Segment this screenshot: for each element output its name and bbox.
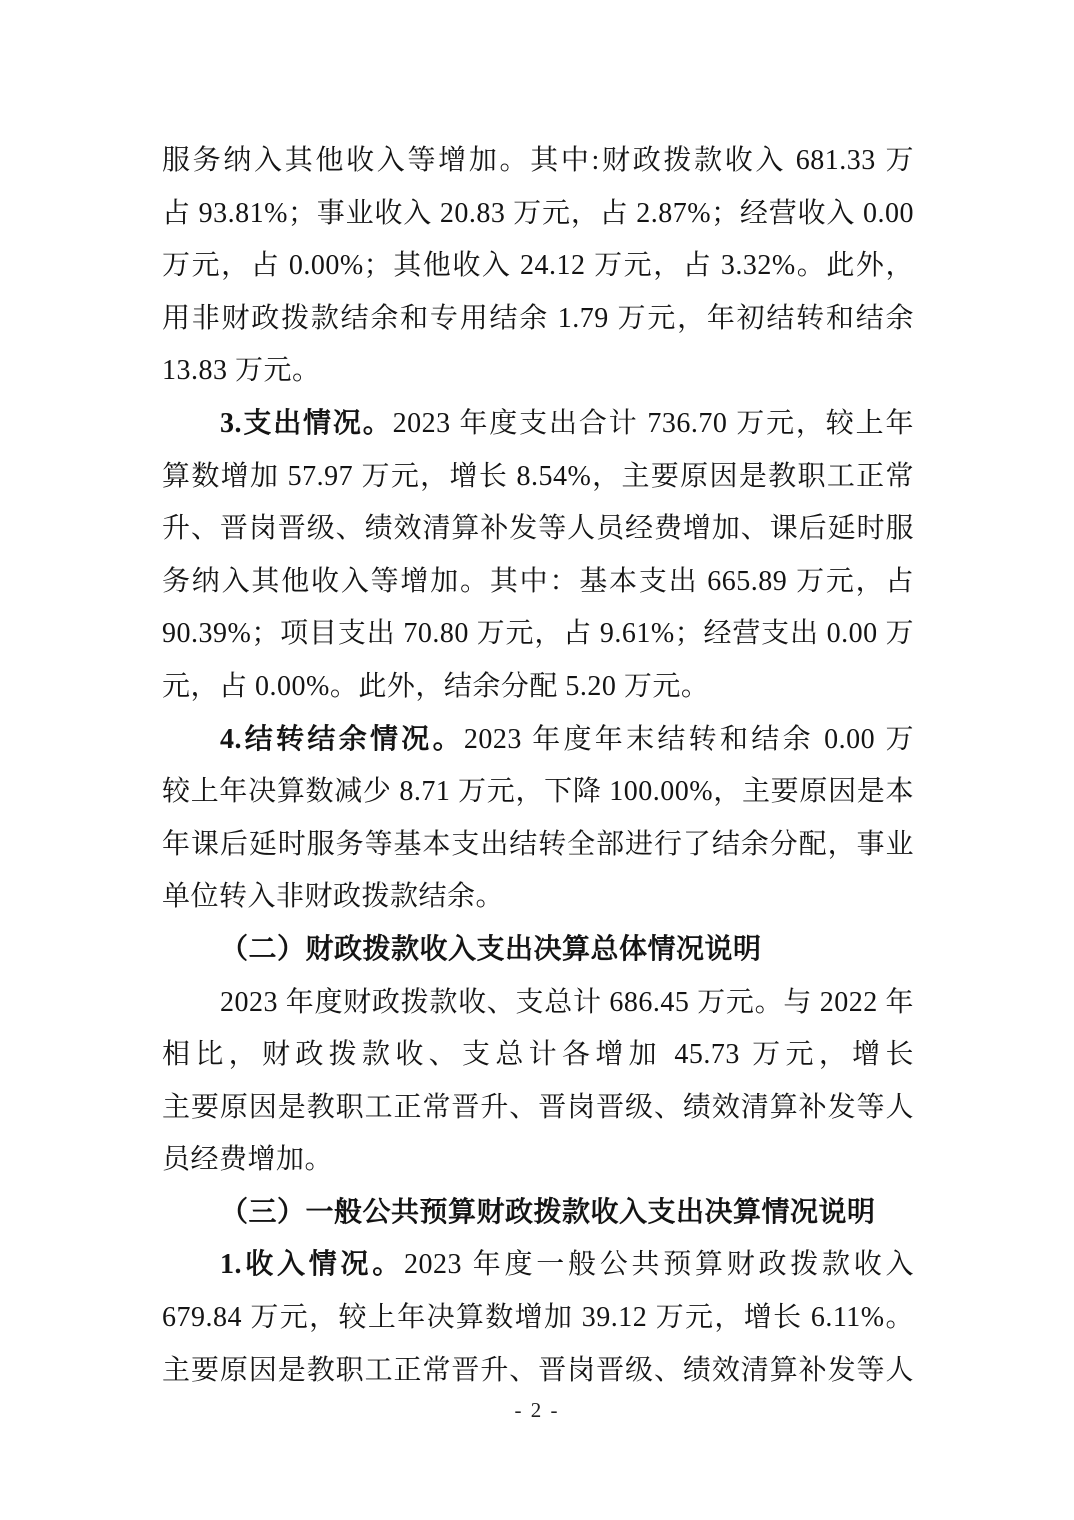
text-line: 2023 年度财政拨款收、支总计 686.45 万元。与 2022 年	[162, 977, 914, 1030]
text-run: 679.84 万元，较上年决算数增加 39.12 万元，增长 6.11%。	[162, 1302, 914, 1333]
text-run: 单位转入非财政拨款结余。	[162, 881, 504, 912]
text-line: 13.83 万元。	[162, 345, 914, 398]
bold-text-run: （二）财政拨款收入支出决算总体情况说明	[220, 934, 762, 965]
text-run: 占 93.81%；事业收入 20.83 万元，占 2.87%；经营收入 0.00	[162, 198, 914, 229]
document-body: 服务纳入其他收入等增加。其中:财政拨款收入 681.33 万元，占 93.81%…	[162, 135, 914, 1397]
text-run: 用非财政拨款结余和专用结余 1.79 万元，年初结转和结余	[162, 303, 914, 334]
text-line: 主要原因是教职工正常晋升、晋岗晋级、绩效清算补发等人	[162, 1345, 914, 1398]
text-line: （三）一般公共预算财政拨款收入支出决算情况说明	[162, 1187, 914, 1240]
text-line: 主要原因是教职工正常晋升、晋岗晋级、绩效清算补发等人	[162, 1082, 914, 1135]
text-line: 算数增加 57.97 万元，增长 8.54%，主要原因是教职工正常晋	[162, 451, 914, 504]
text-line: 90.39%；项目支出 70.80 万元，占 9.61%；经营支出 0.00 万	[162, 608, 914, 661]
text-run: 万元，占 0.00%；其他收入 24.12 万元，占 3.32%。此外，使	[162, 250, 914, 293]
text-run: 年课后延时服务等基本支出结转全部进行了结余分配，事业	[162, 829, 914, 860]
text-line: 元，占 0.00%。此外，结余分配 5.20 万元。	[162, 661, 914, 714]
text-run: 较上年决算数减少 8.71 万元，下降 100.00%，主要原因是本	[162, 776, 914, 807]
bold-text-run: 1.收入情况。	[220, 1249, 404, 1280]
text-run: 员经费增加。	[162, 1144, 333, 1175]
text-run: 2023 年度财政拨款收、支总计 686.45 万元。与 2022 年	[220, 987, 914, 1018]
text-line: 较上年决算数减少 8.71 万元，下降 100.00%，主要原因是本	[162, 766, 914, 819]
text-run: 服务纳入其他收入等增加。其中:财政拨款收入 681.33 万元，	[162, 145, 914, 188]
text-line: 4.结转结余情况。2023 年度年末结转和结余 0.00 万元，	[162, 714, 914, 767]
text-line: 年课后延时服务等基本支出结转全部进行了结余分配，事业	[162, 819, 914, 872]
text-line: 单位转入非财政拨款结余。	[162, 871, 914, 924]
text-run: 主要原因是教职工正常晋升、晋岗晋级、绩效清算补发等人	[162, 1355, 914, 1386]
text-run: 主要原因是教职工正常晋升、晋岗晋级、绩效清算补发等人	[162, 1092, 914, 1123]
text-line: 1.收入情况。2023 年度一般公共预算财政拨款收入	[162, 1239, 914, 1292]
text-run: 2023 年度一般公共预算财政拨款收入	[404, 1249, 914, 1280]
text-line: 升、晋岗晋级、绩效清算补发等人员经费增加、课后延时服	[162, 503, 914, 556]
text-run: 13.83 万元。	[162, 355, 321, 386]
text-line: 员经费增加。	[162, 1134, 914, 1187]
text-run: 升、晋岗晋级、绩效清算补发等人员经费增加、课后延时服	[162, 513, 914, 544]
text-run: 90.39%；项目支出 70.80 万元，占 9.61%；经营支出 0.00 万	[162, 618, 914, 649]
bold-text-run: 3.支出情况。	[220, 408, 393, 439]
text-run: 元，占 0.00%。此外，结余分配 5.20 万元。	[162, 671, 709, 702]
text-run: 算数增加 57.97 万元，增长 8.54%，主要原因是教职工正常晋	[162, 461, 914, 504]
bold-text-run: 4.结转结余情况。	[220, 724, 464, 755]
text-line: 用非财政拨款结余和专用结余 1.79 万元，年初结转和结余	[162, 293, 914, 346]
document-page: 服务纳入其他收入等增加。其中:财政拨款收入 681.33 万元，占 93.81%…	[0, 0, 1074, 1520]
text-line: （二）财政拨款收入支出决算总体情况说明	[162, 924, 914, 977]
text-line: 务纳入其他收入等增加。其中：基本支出 665.89 万元，占	[162, 556, 914, 609]
text-line: 3.支出情况。2023 年度支出合计 736.70 万元，较上年决	[162, 398, 914, 451]
text-line: 相比，财政拨款收、支总计各增加 45.73 万元，增长 7.14%。	[162, 1029, 914, 1082]
text-line: 679.84 万元，较上年决算数增加 39.12 万元，增长 6.11%。	[162, 1292, 914, 1345]
bold-text-run: （三）一般公共预算财政拨款收入支出决算情况说明	[220, 1197, 876, 1228]
text-line: 占 93.81%；事业收入 20.83 万元，占 2.87%；经营收入 0.00	[162, 188, 914, 241]
page-number: - 2 -	[0, 1398, 1074, 1423]
text-line: 服务纳入其他收入等增加。其中:财政拨款收入 681.33 万元，	[162, 135, 914, 188]
text-run: 务纳入其他收入等增加。其中：基本支出 665.89 万元，占	[162, 566, 914, 597]
text-run: 相比，财政拨款收、支总计各增加 45.73 万元，增长 7.14%。	[162, 1039, 914, 1082]
text-line: 万元，占 0.00%；其他收入 24.12 万元，占 3.32%。此外，使	[162, 240, 914, 293]
